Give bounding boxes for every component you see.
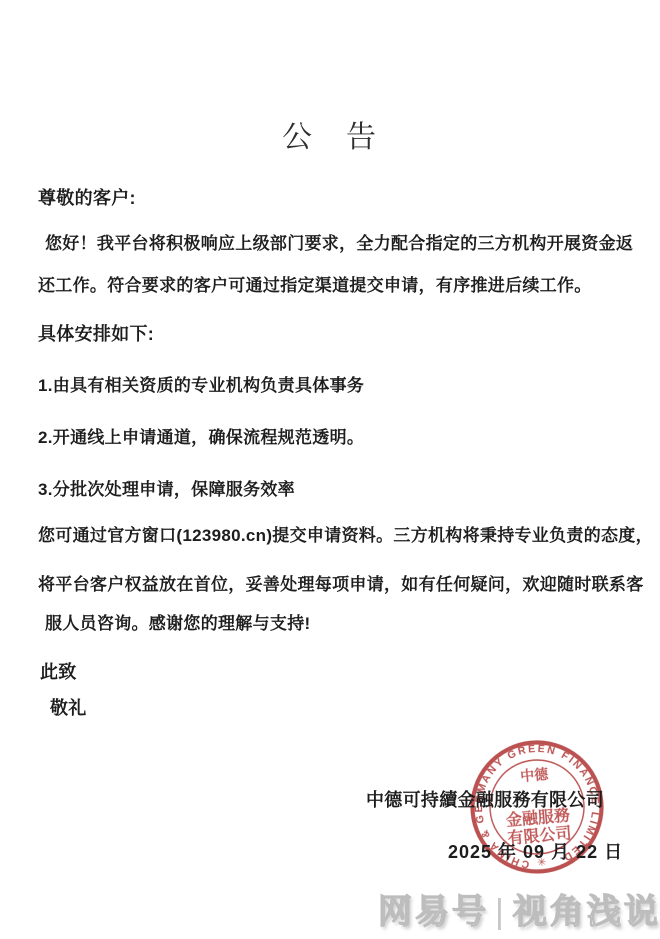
signature-date: 2025 年 09 月 22 日 xyxy=(448,838,623,864)
netease-watermark: 网易号|视角浅说 xyxy=(378,884,660,933)
paragraph-2-line-2: 将平台客户权益放在首位，妥善处理每项申请，如有任何疑问，欢迎随时联系客 xyxy=(38,570,644,595)
paragraph-1-line-1: 您好！我平台将积极响应上级部门要求，全力配合指定的三方机构开展资金返 xyxy=(45,229,633,254)
list-item-1: 1.由具有相关资质的专业机构负责具体事务 xyxy=(38,371,364,396)
list-item-3: 3.分批次处理申请，保障服务效率 xyxy=(38,475,295,500)
paragraph-2-line-3: 服人员咨询。感谢您的理解与支持! xyxy=(45,609,310,634)
document-page: 公 告 尊敬的客户: 您好！我平台将积极响应上级部门要求，全力配合指定的三方机构… xyxy=(0,0,660,939)
seal-center-line-1: 中德 xyxy=(520,766,550,784)
watermark-separator-icon: | xyxy=(489,893,513,931)
closing-cizhi: 此致 xyxy=(40,658,77,684)
arrangements-heading: 具体安排如下: xyxy=(38,320,154,346)
salutation: 尊敬的客户: xyxy=(38,184,136,210)
list-item-2: 2.开通线上申请通道，确保流程规范透明。 xyxy=(38,423,364,448)
page-title: 公 告 xyxy=(0,112,660,156)
company-signature: 中德可持續金融服務有限公司 xyxy=(366,786,604,812)
closing-jingli: 敬礼 xyxy=(50,694,87,720)
watermark-brand: 网易号 xyxy=(378,893,489,931)
paragraph-2-line-1: 您可通过官方窗口(123980.cn)提交申请资料。三方机构将秉持专业负责的态度… xyxy=(38,521,653,546)
watermark-channel: 视角浅说 xyxy=(513,893,660,931)
paragraph-1-line-2: 还工作。符合要求的客户可通过指定渠道提交申请，有序推进后续工作。 xyxy=(38,271,592,296)
